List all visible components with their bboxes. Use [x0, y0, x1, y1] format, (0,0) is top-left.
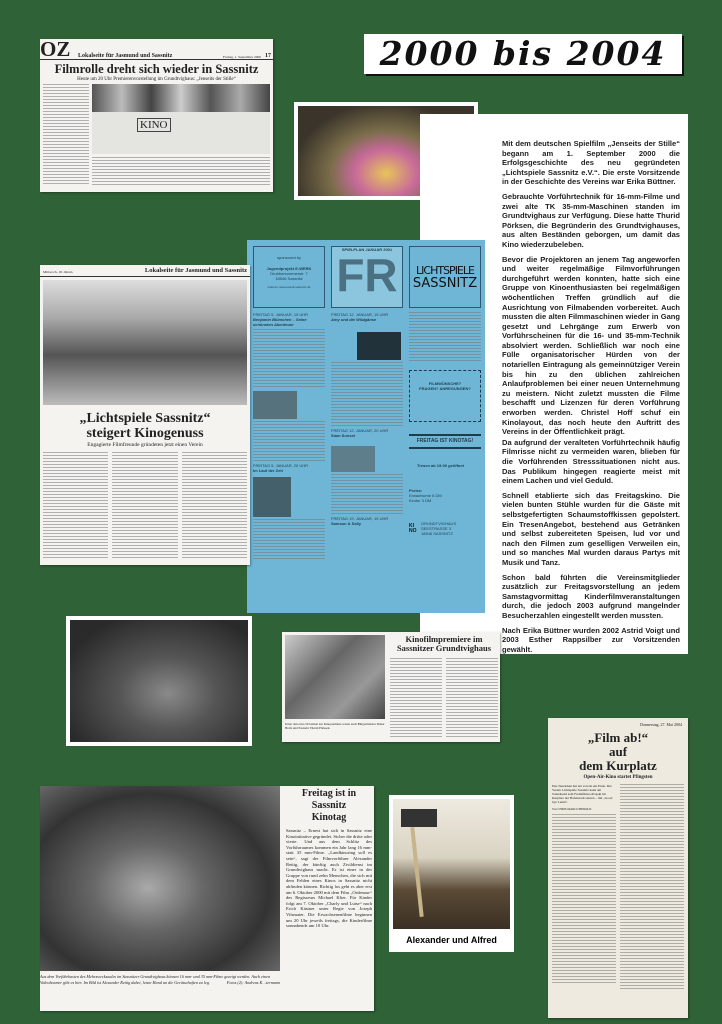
headline: dem Kurplatz: [548, 759, 688, 773]
photo-caption: Alexander und Alfred: [393, 935, 510, 945]
lead-text: Das Tauziehen hat ein vorerst ein Ende. …: [552, 784, 616, 804]
article-body: Sassnitz – Ernest hat sich in Sassnitz e…: [286, 828, 372, 929]
story-paragraph: Bevor die Projektoren an jenem Tag angew…: [502, 255, 680, 437]
headline: „Lichtspiele Sassnitz“: [40, 411, 250, 426]
program-flyer: sponsored by Jugendprojekt E-WERK Drubbe…: [247, 240, 485, 613]
film-still: [331, 446, 375, 472]
newspaper-clipping-kinotag: Aus dem Vorführkasten des Mehrzwecksaale…: [40, 786, 374, 1011]
newspaper-clipping-kinofilmpremiere: Unter den etwa 50 Gästen zur Kinopremier…: [282, 632, 500, 742]
story-paragraph: Gebrauchte Vorführtechnik für 16-mm-Film…: [502, 192, 680, 250]
story-paragraph: Schnell etablierte sich das Freitagskino…: [502, 491, 680, 568]
projectionist-photo: [40, 786, 280, 971]
subheadline: Heute um 20 Uhr Premierenvorstellung im …: [40, 77, 273, 82]
group-photo: [43, 280, 247, 405]
photo-caption: Unter den etwa 50 Gästen zur Kinopremier…: [285, 722, 385, 730]
clip-date: Freitag, 1. September 2000: [223, 55, 261, 59]
clip-date: Donnerstag, 27. Mai 2004: [548, 722, 682, 727]
page-title: 2000 bis 2004: [364, 34, 682, 74]
article-text: [92, 157, 270, 187]
newspaper-clipping-film-ab: Donnerstag, 27. Mai 2004 „Film ab!“ auf …: [548, 718, 688, 1018]
byline: Von CHRIS-MARCO HEROLD: [552, 807, 616, 811]
story-paragraph: Da aufgrund der veralteten Vorführtechni…: [502, 438, 680, 486]
program-column-1: FREITAG 5. JANUAR, 19 UHR Benjamin Blümc…: [253, 312, 325, 561]
subheadline: Open-Air-Kino startet Pfingsten: [548, 775, 688, 780]
page-number: 17: [265, 53, 271, 59]
premiere-photo: [285, 635, 385, 719]
section-label: Lokalseite für Jasmund und Sassnitz: [78, 53, 223, 59]
headline: Freitag ist in: [286, 788, 372, 800]
program-column-3: FILMWÜNSCHE? FRAGEN? ANREGUNGEN? FREITAG…: [409, 312, 481, 536]
newspaper-clipping-kinogenuss: Mittwoch, 18. Oktob. Lokalseite für Jasm…: [40, 265, 250, 565]
program-column-2: FREITAG 12. JANUAR, 15 UHR Amy und die W…: [331, 312, 403, 526]
film-wishes-box: FILMWÜNSCHE? FRAGEN? ANREGUNGEN?: [409, 370, 481, 422]
film-still: [253, 391, 297, 419]
film-still: [253, 477, 291, 517]
headline: steigert Kinogenuss: [40, 426, 250, 441]
photo-alexander-und-alfred: Alexander und Alfred: [389, 795, 514, 952]
article-text: [43, 84, 89, 186]
kino-poster-photo: KINO: [92, 112, 270, 154]
group-photo: [92, 84, 270, 112]
headline: auf: [548, 745, 688, 759]
headline: Filmrolle dreht sich wieder in Sassnitz: [40, 62, 273, 77]
headline: Kinofilmpremiere im Sassnitzer Grundtvig…: [390, 635, 498, 653]
kino-logo: KINO: [409, 524, 417, 534]
subheadline: Engagierte Filmfreunde gründeten jetzt e…: [40, 442, 250, 448]
headline: Kinotag: [286, 812, 372, 824]
newspaper-clipping-filmrolle: OZ Lokalseite für Jasmund und Sassnitz F…: [40, 39, 273, 192]
headline: „Film ab!“: [548, 731, 688, 745]
story-paragraph: Schon bald führten die Vereinsmitglieder…: [502, 573, 680, 621]
photo-credit: Fotos (2): Andreas K…termann: [227, 980, 280, 986]
video-camera: [401, 809, 437, 827]
masthead-logo: OZ: [40, 40, 78, 59]
photo-caption: Aus dem Vorführkasten des Mehrzwecksaale…: [40, 974, 280, 985]
venue-block: KINO GRUNDTVIGHAUS SEESTRASSE 3 18546 SA…: [409, 521, 481, 536]
spielplan-box: SPIELPLAN JANUAR 2001 FR: [331, 246, 403, 308]
film-still: [357, 332, 401, 360]
clip-date: Mittwoch, 18. Oktob.: [43, 270, 73, 274]
headline: Sassnitz: [286, 800, 372, 812]
lichtspiele-logo-box: LICHTSPIELE SASSNITZ: [409, 246, 481, 308]
sponsor-box: sponsored by Jugendprojekt E-WERK Drubbe…: [253, 246, 325, 308]
story-paragraph: Nach Erika Büttner wurden 2002 Astrid Vo…: [502, 626, 680, 655]
section-label: Lokalseite für Jasmund und Sassnitz: [145, 267, 247, 274]
photo-audience-hall: [66, 616, 252, 746]
camera-photo: [393, 799, 510, 929]
story-paragraph: Mit dem deutschen Spielfilm „Jenseits de…: [502, 139, 680, 187]
